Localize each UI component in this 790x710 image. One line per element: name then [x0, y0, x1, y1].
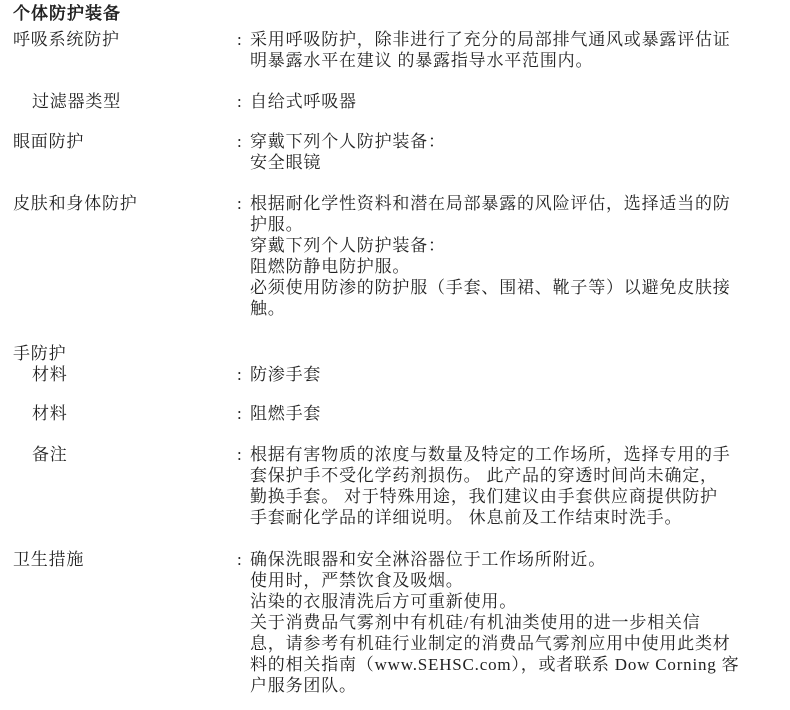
- row-skin-body-protection: 皮肤和身体防护 : 根据耐化学性资料和潜在局部暴露的风险评估，选择适当的防 护服…: [13, 193, 790, 319]
- sds-document-page: 个体防护装备 呼吸系统防护 : 采用呼吸防护，除非进行了充分的局部排气通风或暴露…: [0, 0, 790, 710]
- row-hygiene-measures: 卫生措施 : 确保洗眼器和安全淋浴器位于工作场所附近。 使用时，严禁饮食及吸烟。…: [13, 549, 790, 696]
- colon-separator: :: [237, 131, 250, 152]
- row-glove-material-1: 材料 : 防渗手套: [13, 364, 790, 385]
- field-value: 穿戴下列个人防护装备： 安全眼镜: [250, 131, 780, 173]
- field-value: 防渗手套: [250, 364, 780, 385]
- colon-separator: :: [237, 444, 250, 465]
- field-label: 备注: [13, 444, 237, 465]
- field-label: 手防护: [13, 343, 237, 364]
- colon-separator: :: [237, 364, 250, 385]
- section-title: 个体防护装备: [13, 3, 790, 25]
- field-value: 阻燃手套: [250, 403, 780, 424]
- row-respiratory-protection: 呼吸系统防护 : 采用呼吸防护，除非进行了充分的局部排气通风或暴露评估证 明暴露…: [13, 29, 790, 71]
- field-label: 材料: [13, 403, 237, 424]
- row-hand-protection-heading: 手防护: [13, 343, 790, 364]
- colon-separator: :: [237, 193, 250, 214]
- colon-separator: :: [237, 29, 250, 50]
- colon-separator: :: [237, 91, 250, 112]
- colon-separator: :: [237, 549, 250, 570]
- row-filter-type: 过滤器类型 : 自给式呼吸器: [13, 91, 790, 112]
- field-label: 呼吸系统防护: [13, 29, 237, 50]
- row-eye-face-protection: 眼面防护 : 穿戴下列个人防护装备： 安全眼镜: [13, 131, 790, 173]
- field-value: 采用呼吸防护，除非进行了充分的局部排气通风或暴露评估证 明暴露水平在建议 的暴露…: [250, 29, 780, 71]
- field-label: 眼面防护: [13, 131, 237, 152]
- field-value: 根据有害物质的浓度与数量及特定的工作场所，选择专用的手 套保护手不受化学药剂损伤…: [250, 444, 780, 528]
- field-value: 根据耐化学性资料和潜在局部暴露的风险评估，选择适当的防 护服。 穿戴下列个人防护…: [250, 193, 780, 319]
- row-glove-material-2: 材料 : 阻燃手套: [13, 403, 790, 424]
- colon-separator: :: [237, 403, 250, 424]
- field-value: 自给式呼吸器: [250, 91, 780, 112]
- row-remarks: 备注 : 根据有害物质的浓度与数量及特定的工作场所，选择专用的手 套保护手不受化…: [13, 444, 790, 528]
- field-label: 皮肤和身体防护: [13, 193, 237, 214]
- field-value: 确保洗眼器和安全淋浴器位于工作场所附近。 使用时，严禁饮食及吸烟。 沾染的衣服清…: [250, 549, 780, 696]
- field-label: 材料: [13, 364, 237, 385]
- field-label: 过滤器类型: [13, 91, 237, 112]
- field-label: 卫生措施: [13, 549, 237, 570]
